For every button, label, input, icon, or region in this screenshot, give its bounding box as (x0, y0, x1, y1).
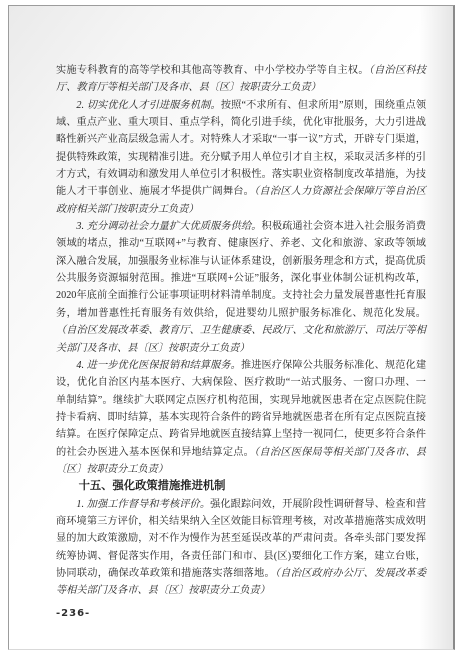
paragraph-item-1: 1. 加强工作督导和考核评价。强化跟踪问效，开展阶段性调研督导、检查和营商环境第… (56, 496, 426, 600)
scan-background: 实施专科教育的高等学校和其他高等教育、中小学校办学等自主权。（自治区科技厅、教育… (0, 0, 475, 654)
paragraph-body: 按照“不求所有、但求所用”原则，围绕重点领域、重点产业、重大项目、重点学科，简化… (56, 100, 426, 198)
paragraph-body: 积极疏通社会资本进入社会服务消费领域的堵点，推动“互联网+”与教育、健康医疗、养… (56, 221, 426, 319)
responsibility-attribution: （自治区发展改革委、教育厅、卫生健康委、民政厅、文化和旅游厅、司法厅等相关部门及… (56, 325, 426, 353)
document-page: 实施专科教育的高等学校和其他高等教育、中小学校办学等自主权。（自治区科技厅、教育… (8, 5, 455, 650)
item-lead: 4. 进一步优化医保报销和结算服务。 (76, 360, 241, 371)
page-number: -236- (56, 608, 90, 619)
item-lead: 2. 切实优化人才引进服务机制。 (76, 100, 220, 111)
paragraph-body: 实施专科教育的高等学校和其他高等教育、中小学校办学等自主权。 (56, 65, 369, 76)
item-lead: 1. 加强工作督导和考核评价。 (76, 499, 210, 510)
text-block: 实施专科教育的高等学校和其他高等教育、中小学校办学等自主权。（自治区科技厅、教育… (56, 62, 426, 600)
paragraph-continuation: 实施专科教育的高等学校和其他高等教育、中小学校办学等自主权。（自治区科技厅、教育… (56, 62, 426, 97)
paragraph-item-2: 2. 切实优化人才引进服务机制。按照“不求所有、但求所用”原则，围绕重点领域、重… (56, 97, 426, 218)
paragraph-item-3: 3. 充分调动社会力量扩大优质服务供给。积极疏通社会资本进入社会服务消费领域的堵… (56, 218, 426, 357)
paragraph-body: 强化跟踪问效，开展阶段性调研督导、检查和营商环境第三方评价，相关结果纳入全区效能… (56, 499, 426, 579)
paragraph-body: 推进医疗保障公共服务标准化、规范化建设，优化自治区内基本医疗、大病保险、医疗救助… (56, 360, 426, 458)
paragraph-item-4: 4. 进一步优化医保报销和结算服务。推进医疗保障公共服务标准化、规范化建设，优化… (56, 357, 426, 478)
item-lead: 3. 充分调动社会力量扩大优质服务供给。 (76, 221, 261, 232)
section-heading: 十五、强化政策措施推进机制 (56, 478, 426, 495)
